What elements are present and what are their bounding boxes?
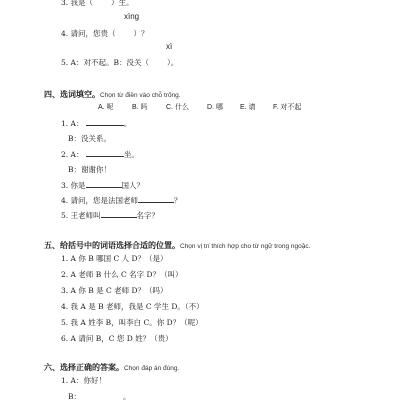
question-3: 3. 我是（）生。 [61, 0, 134, 8]
fill-item-4: 4. 请问，您是法国老师？ [61, 195, 182, 206]
section-title: 五、给括号中的词语选择合适的位置。 [44, 241, 180, 250]
option-f: F. 对不起 [273, 102, 301, 112]
position-item-5: 5. 我 A 姓李 B，叫李白 C。你 D？（呢） [61, 317, 203, 328]
choice-item-1-b: B：。 [68, 391, 131, 400]
option-c: C. 什么 [166, 102, 189, 112]
question-number: 5. [61, 58, 68, 67]
fill-item-1: 1. A： 。 [61, 118, 131, 129]
question-number: 4. [61, 29, 68, 38]
answer-blank[interactable] [86, 149, 124, 157]
section-subtitle: Chọn đáp án đúng. [124, 365, 179, 372]
option-e: E. 请 [240, 102, 256, 112]
question-4: 4. 请问，您贵（）？ [61, 28, 149, 39]
position-item-4: 4. 我 A 是 B 老师，我是 C 学生 D。（不） [61, 301, 204, 312]
section-subtitle: Chọn từ điền vào chỗ trống. [100, 92, 181, 99]
answer-blank[interactable] [86, 118, 124, 126]
option-a: A. 呢 [98, 102, 114, 112]
position-item-3: 3. A 你 B 是 C 老师 D？（吗） [61, 285, 168, 296]
question-number: 3. [61, 0, 68, 7]
answer-blank[interactable] [138, 195, 174, 203]
pinyin-hint: xì [166, 42, 172, 51]
option-b: B. 吗 [132, 102, 148, 112]
section-title: 四、选词填空。 [44, 90, 100, 99]
fill-item-5: 5. 王老师叫名字？ [61, 210, 159, 221]
section-5-heading: 五、给括号中的词语选择合适的位置。Chọn vị trí thích hợp c… [44, 233, 310, 252]
section-title: 六、选择正确的答案。 [44, 363, 124, 372]
fill-item-2-b: B：谢谢你！ [68, 164, 111, 175]
answer-blank[interactable] [101, 210, 137, 218]
choice-item-1: 1. A：你好！ [61, 375, 106, 386]
pinyin-hint: xìng [124, 12, 139, 21]
position-item-2: 2. A 老师 B 什么 C 名字 D？（叫） [61, 269, 183, 280]
answer-blank[interactable] [86, 180, 122, 188]
option-d: D. 哪 [207, 102, 223, 112]
fill-item-2: 2. A： 坐。 [61, 149, 139, 160]
fill-item-3: 3. 你是国人？ [61, 180, 144, 191]
position-item-6: 6. A 请问 B，C 您 D 姓？（贵） [61, 333, 173, 344]
fill-item-1-b: B：没关系。 [68, 133, 111, 144]
section-subtitle: Chọn vị trí thích hợp cho từ ngữ trong n… [180, 243, 310, 250]
section-4-heading: 四、选词填空。Chọn từ điền vào chỗ trống. [44, 82, 181, 101]
question-5: 5. A：对不起。B：没关（）。 [61, 57, 178, 68]
section-6-heading: 六、选择正确的答案。Chọn đáp án đúng. [44, 355, 179, 374]
position-item-1: 1. A 你 B 哪国 C 人 D？（是） [61, 253, 168, 264]
